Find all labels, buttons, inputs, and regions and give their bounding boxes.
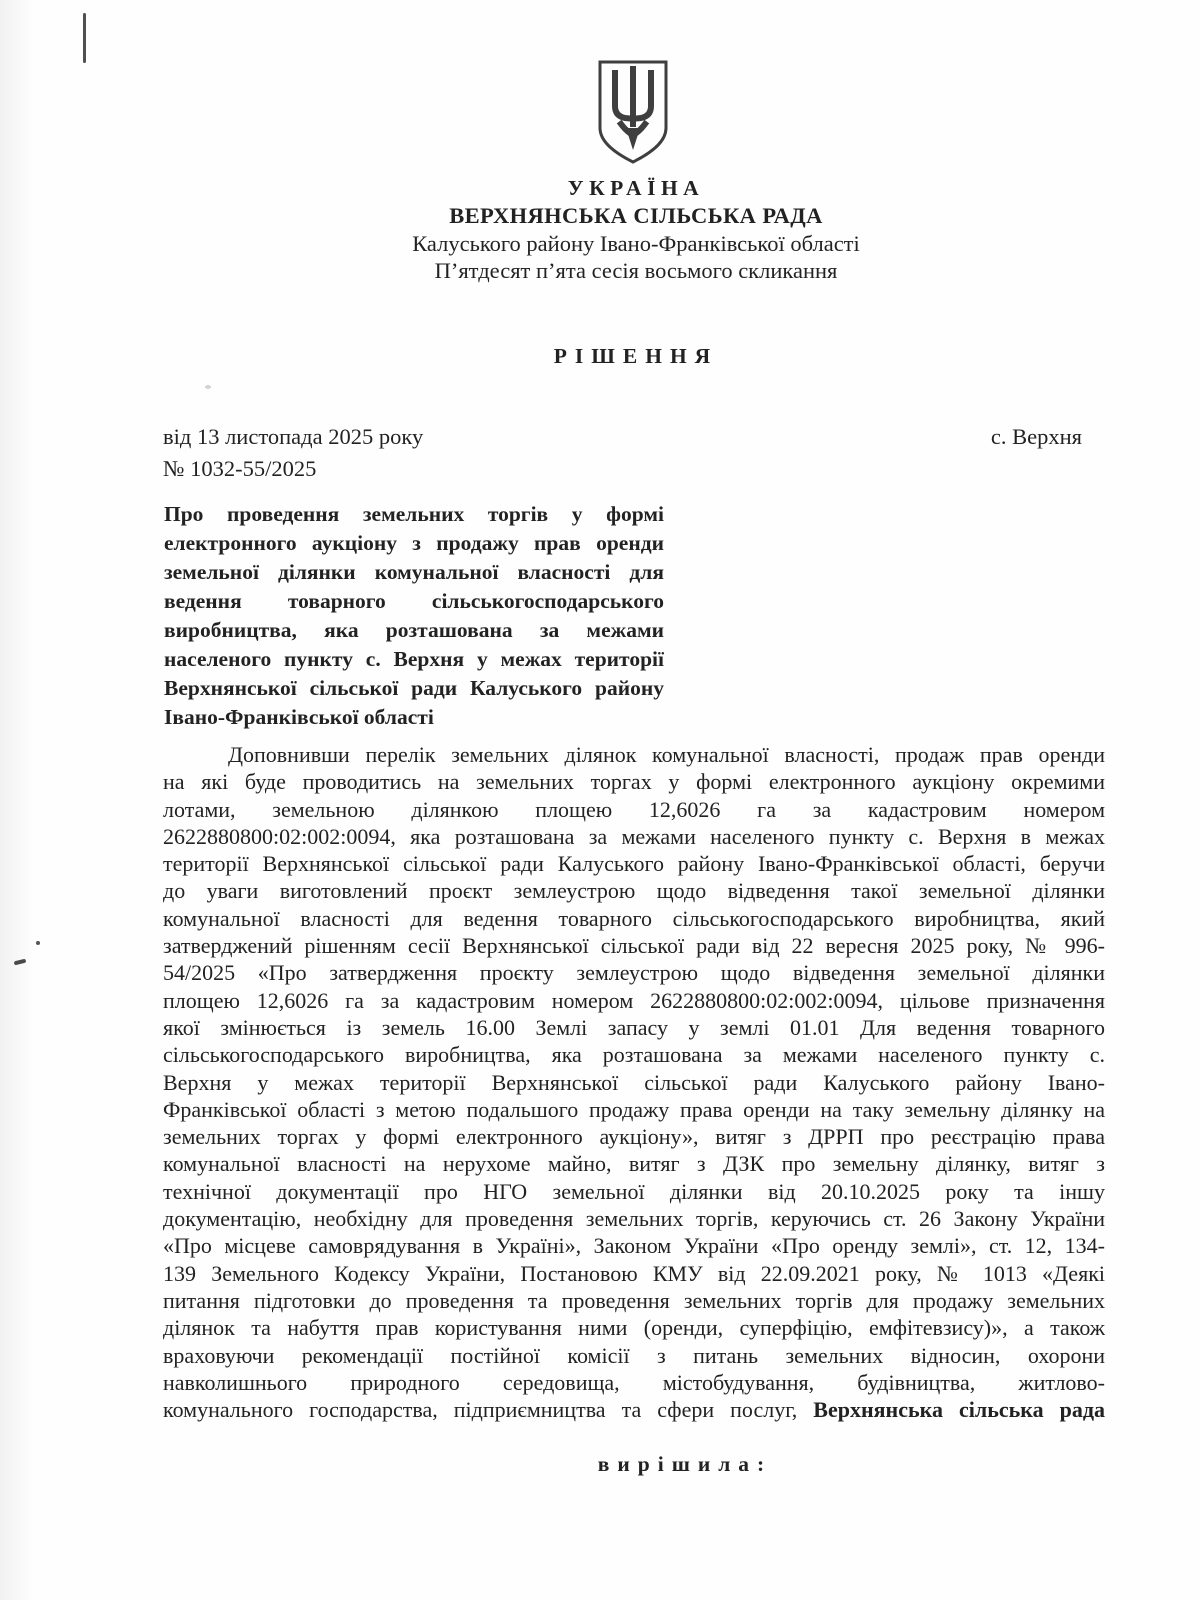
- text-line: на які буде проводитись на земельних тор…: [163, 768, 1105, 795]
- council-name-bold: Верхнянська сільська рада: [813, 1397, 1105, 1422]
- country-name: УКРАЇНА: [36, 176, 1200, 201]
- closing-text: комунального господарства, підприємництв…: [163, 1397, 797, 1422]
- text-line: сільськогосподарського виробництва, яка …: [163, 1041, 1105, 1068]
- text-line: якої змінюється із земель 16.00 Землі за…: [163, 1014, 1105, 1041]
- resolution-label: вирішила:: [0, 1452, 1200, 1477]
- text-line: Верхня у межах території Верхнянської сі…: [163, 1069, 1105, 1096]
- text-line: комунальної власності на нерухоме майно,…: [163, 1150, 1105, 1177]
- text-line: ведення товарного сільськогосподарського: [164, 587, 664, 616]
- body-lines: Доповнивши перелік земельних ділянок ком…: [163, 741, 1105, 1396]
- text-line: технічної документації про НГО земельної…: [163, 1178, 1105, 1205]
- body-paragraph: Доповнивши перелік земельних ділянок ком…: [163, 741, 1105, 1423]
- text-line: враховуючи рекомендації постійної комісі…: [163, 1342, 1105, 1369]
- council-name: ВЕРХНЯНСЬКА СІЛЬСЬКА РАДА: [36, 203, 1200, 229]
- scan-shadow-edge: [0, 0, 34, 1600]
- text-line: комунальної власності для ведення товарн…: [163, 905, 1105, 932]
- document-page: УКРАЇНА ВЕРХНЯНСЬКА СІЛЬСЬКА РАДА Калусь…: [0, 0, 1200, 1600]
- text-line: до уваги виготовлений проєкт землеустрою…: [163, 877, 1105, 904]
- text-line: навколишнього природного середовища, міс…: [163, 1369, 1105, 1396]
- decision-date: від 13 листопада 2025 року: [163, 424, 423, 450]
- text-line: 54/2025 «Про затвердження проєкту землеу…: [163, 959, 1105, 986]
- text-line: 139 Земельного Кодексу України, Постанов…: [163, 1260, 1105, 1287]
- scan-speck: [36, 941, 40, 945]
- text-line: Доповнивши перелік земельних ділянок ком…: [163, 741, 1105, 768]
- text-line: площею 12,6026 га за кадастровим номером…: [163, 987, 1105, 1014]
- text-line: виробництва, яка розташована за межами: [164, 616, 664, 645]
- decision-number: № 1032-55/2025: [163, 456, 316, 482]
- decision-place: с. Верхня: [991, 424, 1105, 450]
- text-line: лотами, земельною ділянкою площею 12,602…: [163, 796, 1105, 823]
- session-line: П’ятдесят п’ята сесія восьмого скликання: [36, 258, 1200, 284]
- text-line: 2622880800:02:002:0094, яка розташована …: [163, 823, 1105, 850]
- text-line: земельної ділянки комунальної власності …: [164, 558, 664, 587]
- text-line: питання підготовки до проведення та пров…: [163, 1287, 1105, 1314]
- district-line: Калуського району Івано-Франківської обл…: [36, 231, 1200, 257]
- text-line: території Верхнянської сільської ради Ка…: [163, 850, 1105, 877]
- text-line: земельних торгах у формі електронного ау…: [163, 1123, 1105, 1150]
- scan-speck: [205, 385, 211, 389]
- text-line: Франківської області з метою подальшого …: [163, 1096, 1105, 1123]
- text-line: «Про місцеве самоврядування в Україні», …: [163, 1232, 1105, 1259]
- text-line: електронного аукціону з продажу прав оре…: [164, 529, 664, 558]
- text-line: Про проведення земельних торгів у формі: [164, 500, 664, 529]
- text-line: ділянок та набуття прав користування ним…: [163, 1314, 1105, 1341]
- date-place-row: від 13 листопада 2025 року с. Верхня: [163, 424, 1105, 450]
- pen-mark: [83, 13, 86, 63]
- document-type-title: РІШЕННЯ: [36, 344, 1200, 369]
- text-line: Івано-Франківської області: [164, 703, 664, 732]
- body-closing-line: комунального господарства, підприємництв…: [163, 1396, 1105, 1423]
- subject-block: Про проведення земельних торгів у форміе…: [164, 500, 664, 732]
- text-line: затверджений рішенням сесії Верхнянської…: [163, 932, 1105, 959]
- coat-of-arms-container: [33, 58, 1200, 170]
- ukraine-trident-icon: [594, 58, 672, 170]
- text-line: Верхнянської сільської ради Калуського р…: [164, 674, 664, 703]
- text-line: населеного пункту с. Верхня у межах тери…: [164, 645, 664, 674]
- text-line: документацію, необхідну для проведення з…: [163, 1205, 1105, 1232]
